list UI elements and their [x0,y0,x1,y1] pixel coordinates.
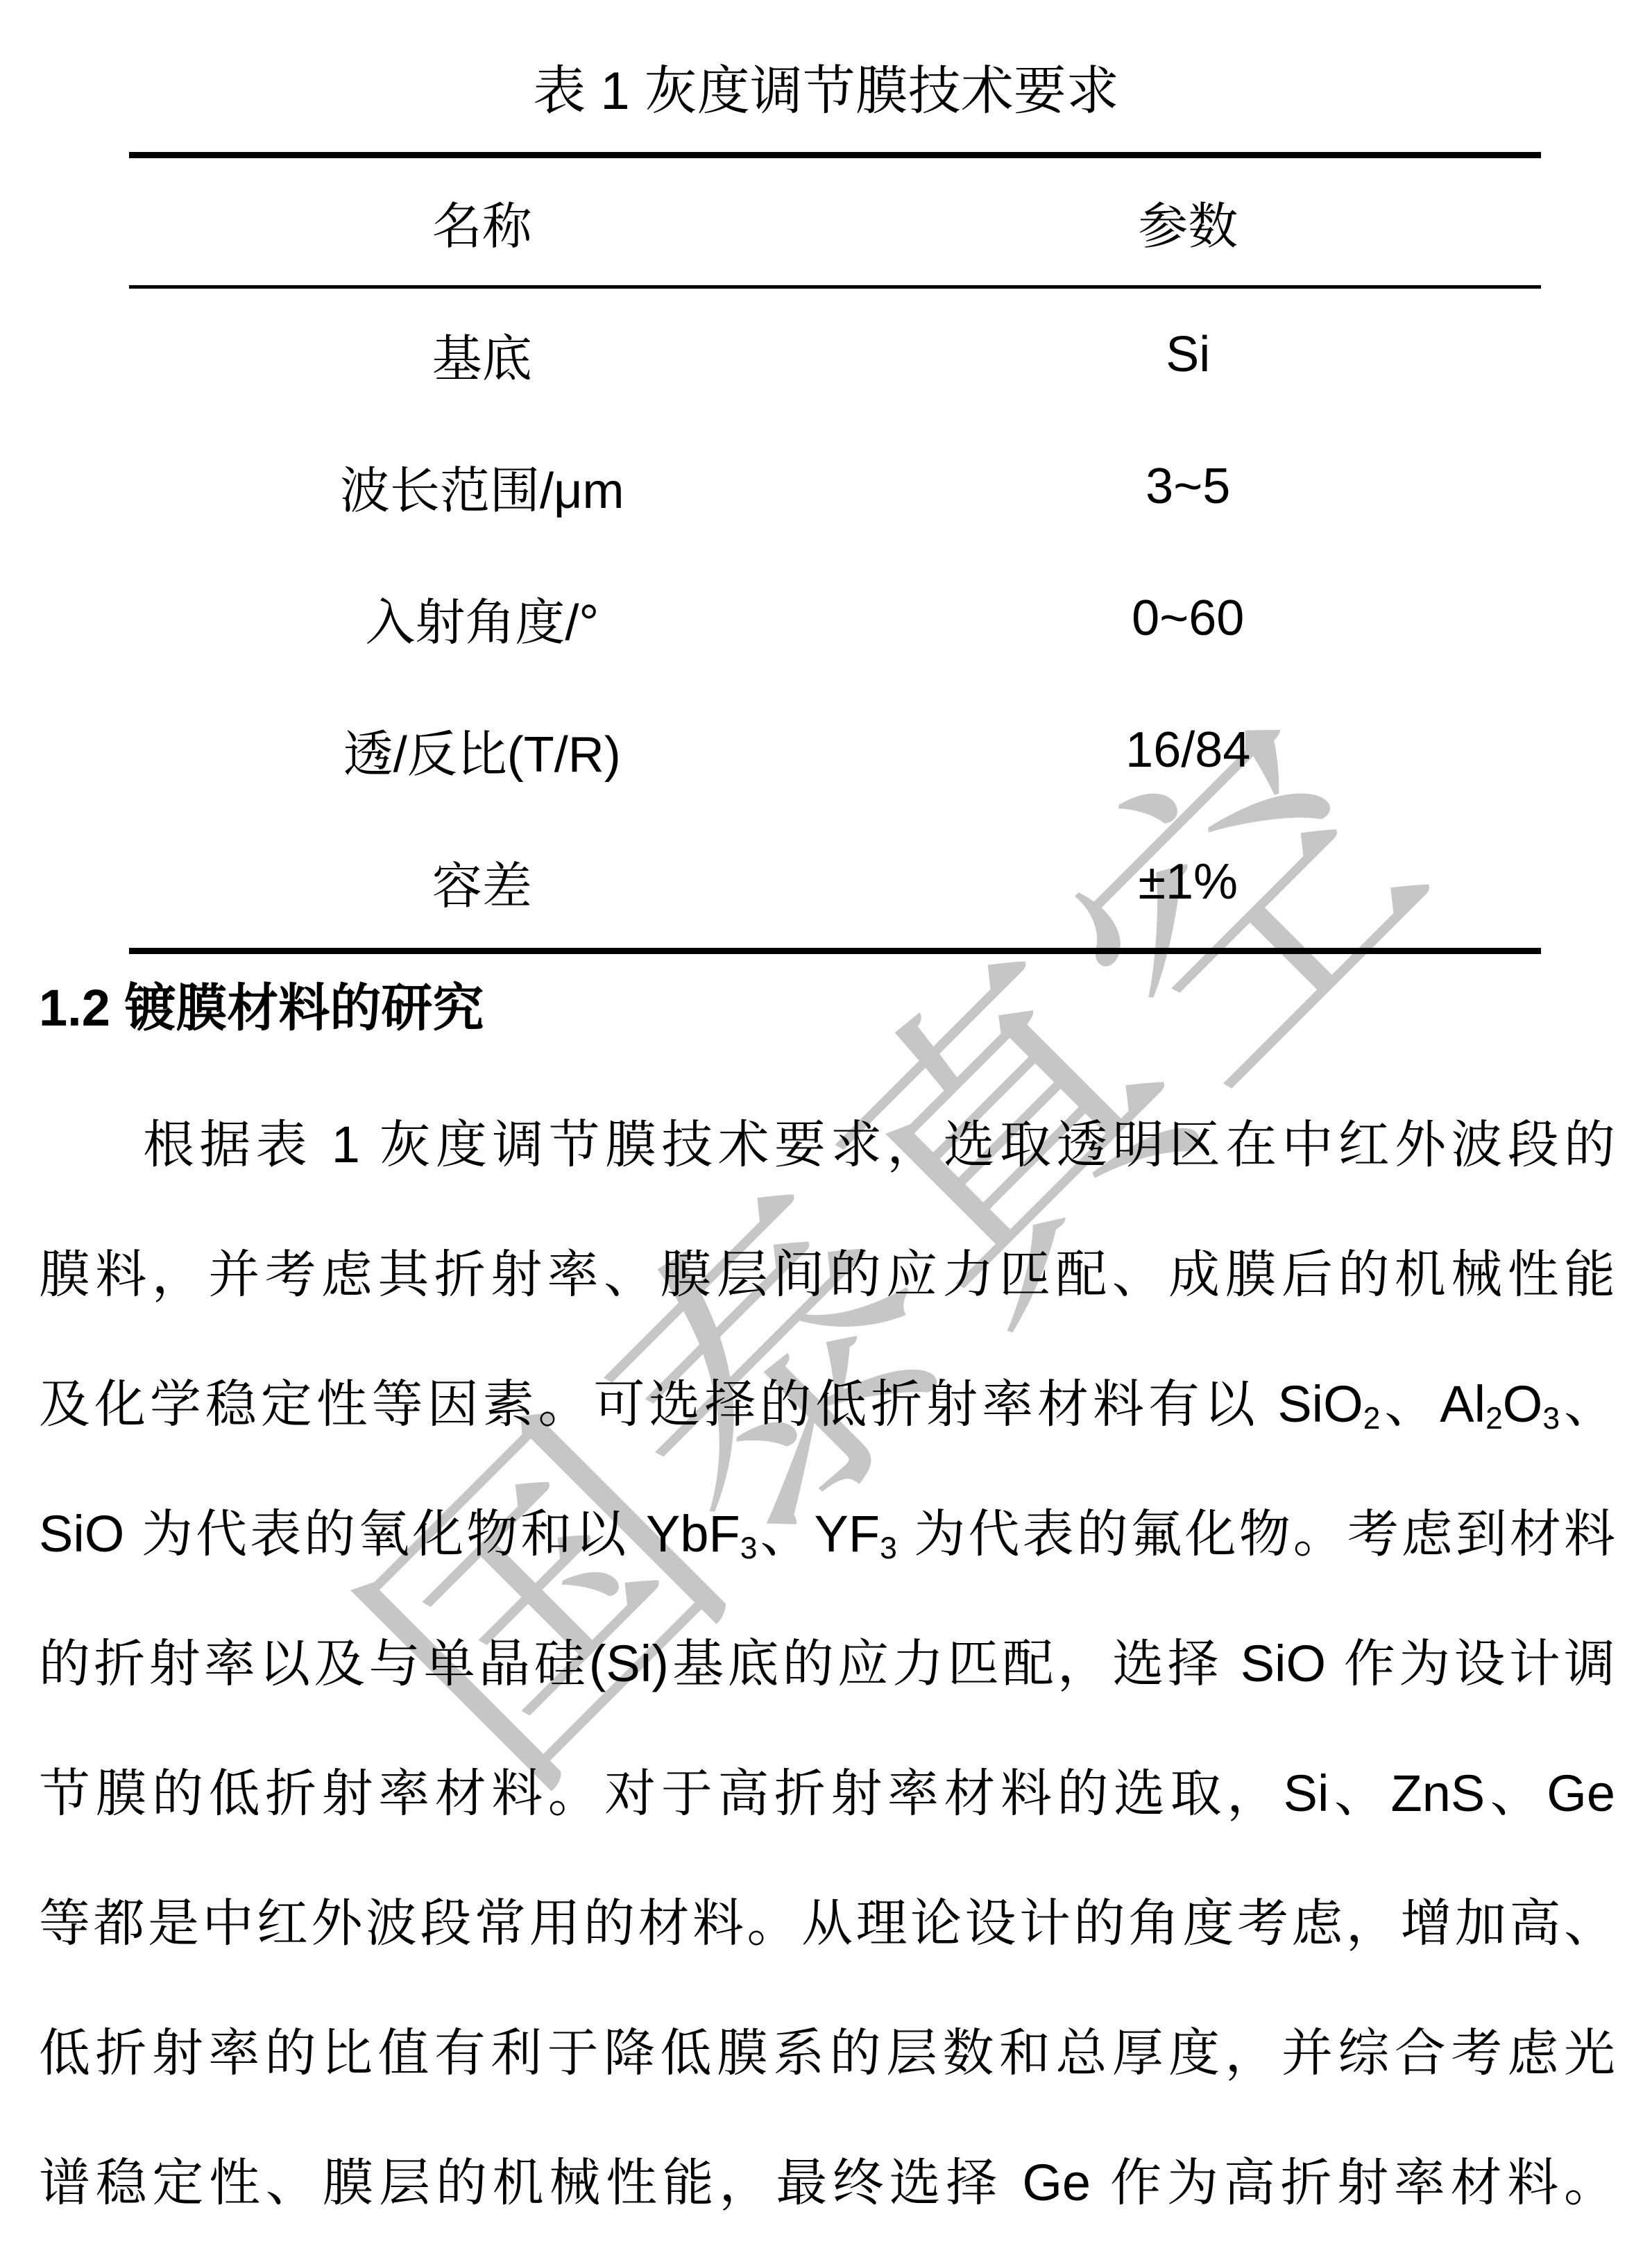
paragraph-line: 膜料，并考虑其折射率、膜层间的应力匹配、成膜后的机械性能 [39,1209,1615,1339]
document-page: 国泰真空 表 1 灰度调节膜技术要求 名称 参数 基底 Si 波长范围/μm 3… [0,0,1652,2262]
body-paragraph: 根据表 1 灰度调节膜技术要求，选取透明区在中红外波段的膜料，并考虑其折射率、膜… [39,1080,1615,2247]
table-cell-name: 基底 [129,289,835,420]
paragraph-line: 谱稳定性、膜层的机械性能，最终选择 Ge 作为高折射率材料。 [39,2118,1615,2247]
table-row: 透/反比(T/R) 16/84 [129,684,1541,816]
paragraph-line: SiO 为代表的氧化物和以 YbF3、YF3 为代表的氟化物。考虑到材料 [39,1469,1615,1599]
paragraph-line: 的折射率以及与单晶硅(Si)基底的应力匹配，选择 SiO 作为设计调 [39,1599,1615,1728]
subscript: 3 [1542,1402,1560,1436]
table-row: 容差 ±1% [129,816,1541,948]
subscript: 3 [880,1531,897,1565]
paragraph-line: 及化学稳定性等因素。可选择的低折射率材料有以 SiO2、Al2O3、 [39,1339,1615,1469]
table-cell-value: ±1% [835,816,1542,948]
table-caption: 表 1 灰度调节膜技术要求 [0,58,1652,125]
subscript: 3 [740,1531,758,1565]
subscript: 2 [1363,1402,1381,1436]
table-cell-name: 波长范围/μm [129,420,835,552]
paragraph-line: 低折射率的比值有利于降低膜系的层数和总厚度，并综合考虑光 [39,1988,1615,2118]
table-cell-value: 0~60 [835,552,1542,684]
paragraph-line: 节膜的低折射率材料。对于高折射率材料的选取，Si、ZnS、Ge [39,1728,1615,1858]
subscript: 2 [1485,1402,1503,1436]
table-header-row: 名称 参数 [129,158,1541,289]
requirements-table: 名称 参数 基底 Si 波长范围/μm 3~5 入射角度/° 0~60 透/反比… [129,152,1541,954]
table-cell-name: 入射角度/° [129,552,835,684]
table-cell-value: Si [835,289,1542,420]
table-cell-value: 3~5 [835,420,1542,552]
table-header-name: 名称 [129,158,835,285]
paragraph-line: 等都是中红外波段常用的材料。从理论设计的角度考虑，增加高、 [39,1858,1615,1988]
table-row: 入射角度/° 0~60 [129,552,1541,684]
paragraph-line: 根据表 1 灰度调节膜技术要求，选取透明区在中红外波段的 [39,1080,1615,1209]
table-row: 波长范围/μm 3~5 [129,420,1541,552]
table-cell-name: 容差 [129,816,835,948]
table-cell-name: 透/反比(T/R) [129,684,835,816]
table-row: 基底 Si [129,289,1541,420]
section-heading: 1.2 镀膜材料的研究 [39,977,484,1039]
table-body: 基底 Si 波长范围/μm 3~5 入射角度/° 0~60 透/反比(T/R) … [129,289,1541,948]
table-header-param: 参数 [835,158,1542,285]
table-cell-value: 16/84 [835,684,1542,816]
